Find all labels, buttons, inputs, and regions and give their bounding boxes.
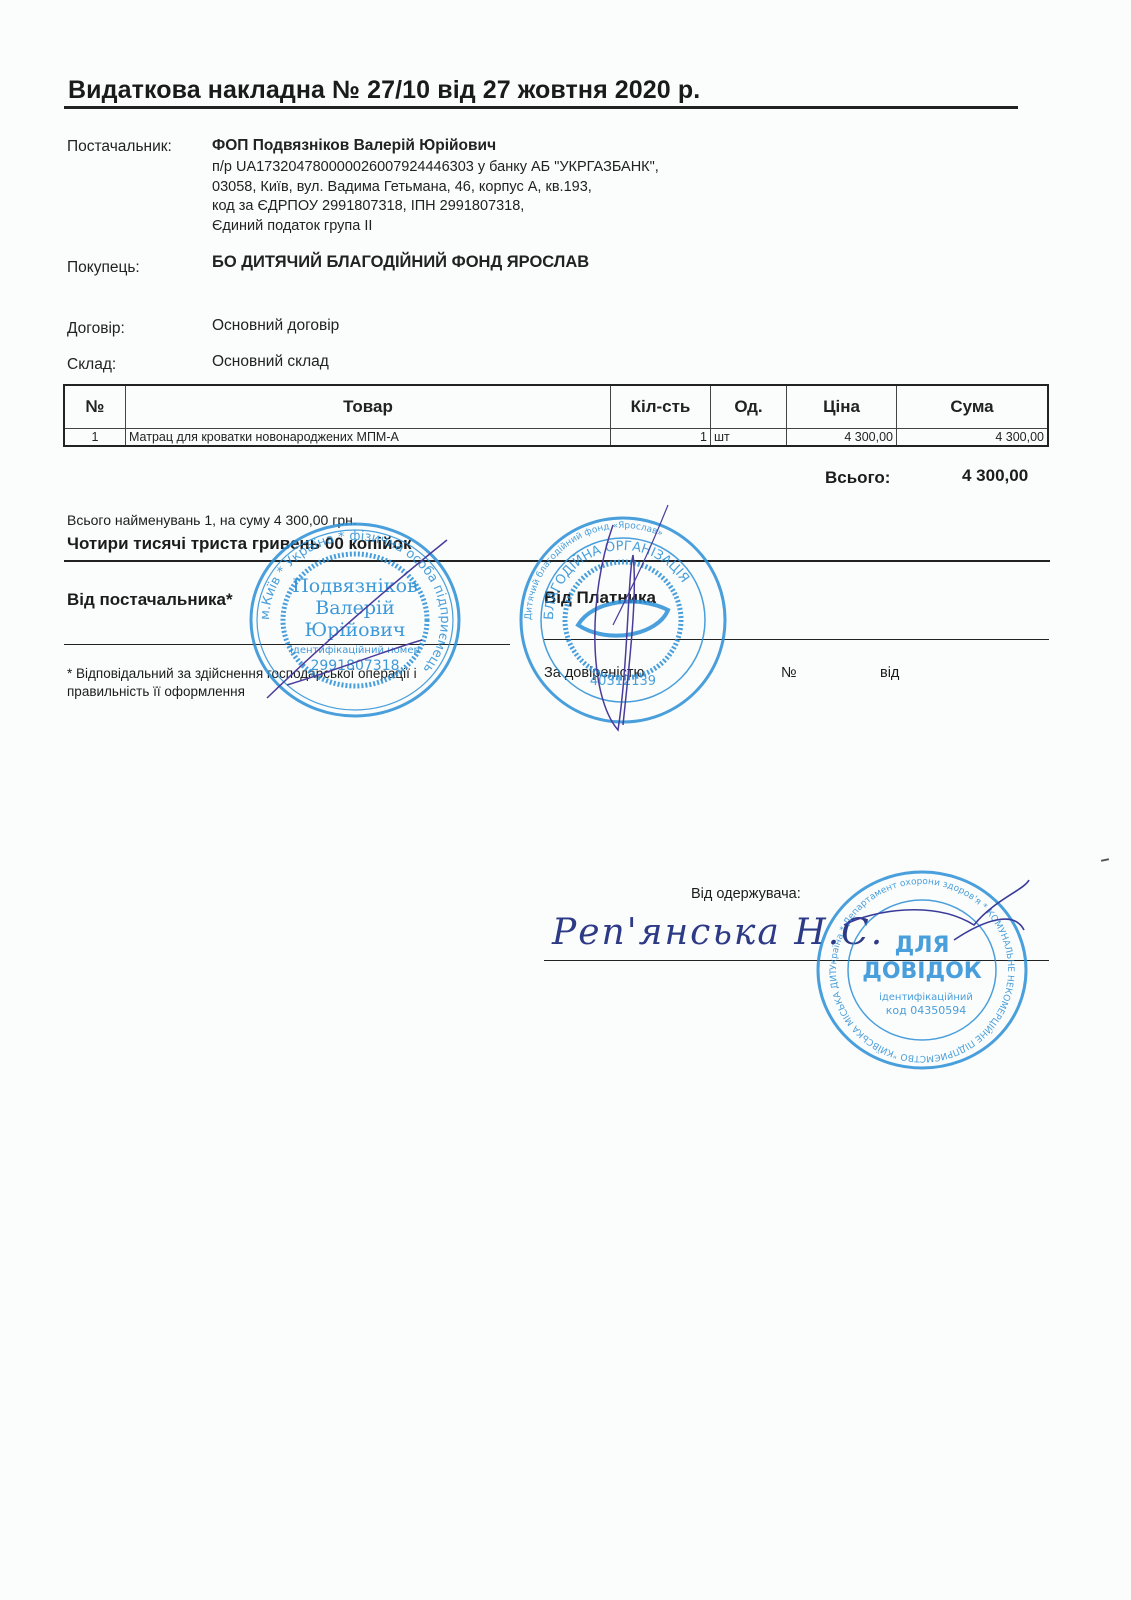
supplier-name: ФОП Подвязніков Валерій Юрійович	[212, 137, 496, 155]
contract-value: Основний договір	[212, 317, 339, 335]
receiver-stamp-icon: Україна * Департамент охорони здоров'я *…	[814, 870, 1030, 1070]
svg-text:Подвязніков: Подвязніков	[292, 575, 418, 597]
svg-text:ДОВІДОК: ДОВІДОК	[862, 959, 982, 984]
table-header-row: № Товар Кіл-сть Од. Ціна Сума	[64, 385, 1048, 429]
table-row: 1 Матрац для кроватки новонароджених МПМ…	[64, 429, 1048, 447]
col-header-price: Ціна	[787, 385, 897, 429]
document-title: Видаткова накладна № 27/10 від 27 жовтня…	[68, 76, 700, 105]
svg-text:Валерій: Валерій	[315, 597, 395, 619]
supplier-account: п/р UA173204780000026007924446303 у банк…	[212, 158, 659, 178]
from-supplier-label: Від постачальника*	[67, 590, 233, 610]
svg-text:ідентифікаційний номер: ідентифікаційний номер	[290, 644, 420, 656]
supplier-address: 03058, Київ, вул. Вадима Гетьмана, 46, к…	[212, 178, 659, 198]
cell-unit: шт	[711, 429, 787, 447]
proxy-date-label: від	[880, 665, 899, 681]
supplier-tax-group: Єдиний податок група II	[212, 217, 659, 237]
supplier-details: п/р UA173204780000026007924446303 у банк…	[212, 158, 659, 236]
svg-text:код 04350594: код 04350594	[886, 1004, 966, 1017]
title-divider	[64, 106, 1018, 109]
scan-mark	[1101, 858, 1109, 862]
total-label: Всього:	[825, 468, 890, 488]
receiver-label: Від одержувача:	[691, 886, 801, 902]
cell-number: 1	[64, 429, 126, 447]
proxy-number-label: №	[781, 665, 797, 681]
cell-sum: 4 300,00	[897, 429, 1049, 447]
supplier-codes: код за ЄДРПОУ 2991807318, ІПН 2991807318…	[212, 197, 659, 217]
buyer-label: Покупець:	[67, 259, 140, 277]
svg-text:2991807318: 2991807318	[310, 658, 399, 674]
supplier-label: Постачальник:	[67, 138, 172, 156]
col-header-unit: Од.	[711, 385, 787, 429]
warehouse-label: Склад:	[67, 356, 116, 374]
svg-text:ідентифікаційний: ідентифікаційний	[879, 991, 973, 1003]
svg-text:Юрійович: Юрійович	[305, 619, 406, 641]
col-header-sum: Сума	[897, 385, 1049, 429]
svg-text:ДЛЯ: ДЛЯ	[895, 933, 950, 958]
col-header-number: №	[64, 385, 126, 429]
total-value: 4 300,00	[962, 466, 1028, 486]
col-header-quantity: Кіл-сть	[611, 385, 711, 429]
payer-stamp-icon: Дитячий благодійний фонд «Ярослав» БЛАГО…	[518, 515, 728, 725]
contract-label: Договір:	[67, 320, 125, 338]
buyer-name: БО ДИТЯЧИЙ БЛАГОДІЙНИЙ ФОНД ЯРОСЛАВ	[212, 253, 589, 272]
goods-table: № Товар Кіл-сть Од. Ціна Сума 1 Матрац д…	[63, 384, 1049, 447]
warehouse-value: Основний склад	[212, 353, 329, 371]
cell-quantity: 1	[611, 429, 711, 447]
cell-price: 4 300,00	[787, 429, 897, 447]
cell-item: Матрац для кроватки новонароджених МПМ-А	[126, 429, 611, 447]
supplier-stamp-icon: м.Київ * Україна * фізична особа підприє…	[247, 520, 463, 720]
col-header-item: Товар	[126, 385, 611, 429]
